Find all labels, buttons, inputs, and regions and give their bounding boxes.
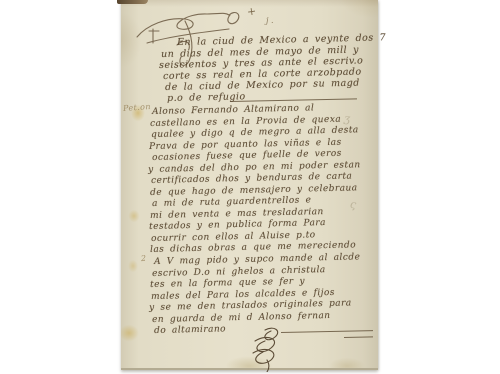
margin-note: 2 <box>141 254 147 263</box>
ink-bleed-mark: ʒ <box>343 112 351 126</box>
manuscript-line: do altamirano <box>154 324 226 336</box>
photo-backdrop: + j . ʒ ς En la ciud de Mexico a veynte … <box>0 0 500 374</box>
tick-mark: j . <box>266 16 274 25</box>
cross-mark: + <box>246 4 257 18</box>
manuscript-line: p.o de refugio <box>167 92 246 104</box>
margin-note: Pet.on <box>123 102 151 113</box>
